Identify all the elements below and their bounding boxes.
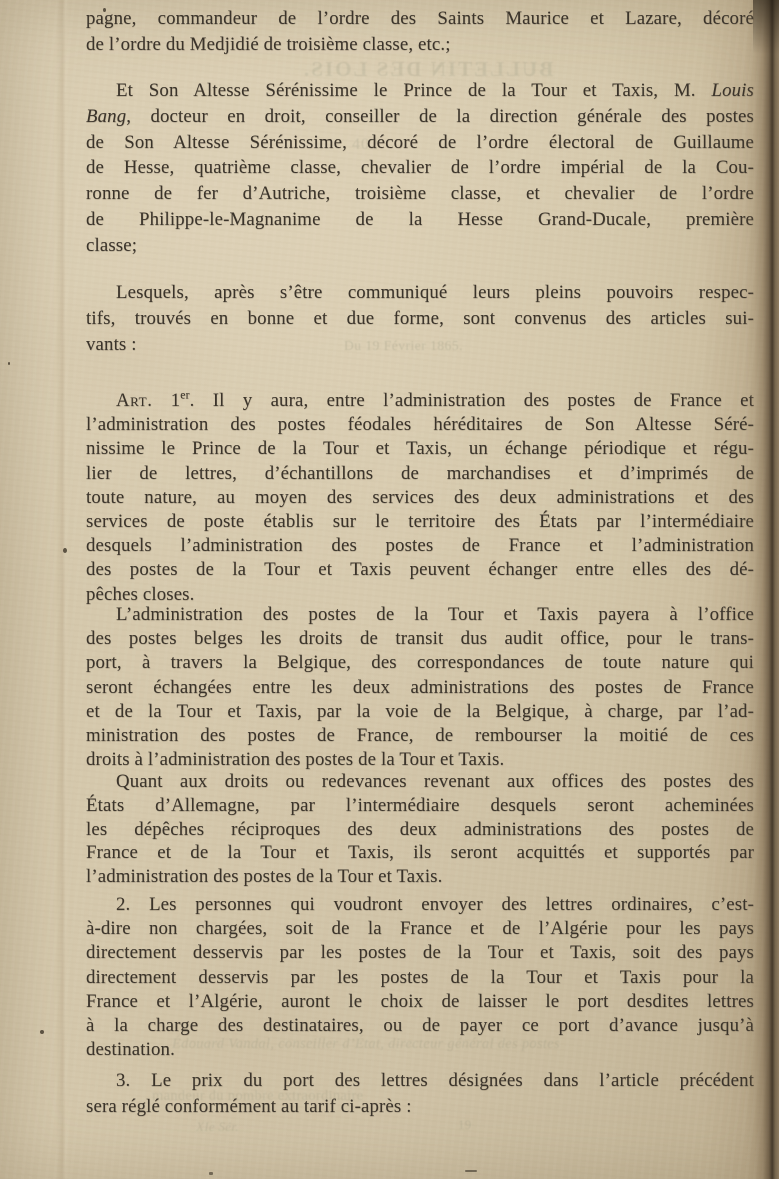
paper-crease — [56, 0, 70, 1179]
text-line: sera réglé conformément au tarif ci-aprè… — [86, 1094, 754, 1120]
ink-speck — [40, 1030, 44, 1034]
text-line: nissime le Prince de la Tour et Taxis, u… — [86, 437, 754, 461]
text-line: Lesquels, après s’être communiqué leurs … — [86, 280, 754, 306]
text-line: Bang, docteur en droit, conseiller de la… — [86, 104, 754, 130]
text-line: Et Son Altesse Sérénissime le Prince de … — [86, 78, 754, 104]
text-line: l’administration des postes féodales hér… — [86, 413, 754, 437]
text-segment-it: Louis — [711, 80, 754, 101]
text-line: de Philippe-le-Magnanime de la Hesse Gra… — [86, 207, 754, 233]
text-line: des postes de la Tour et Taxis peuvent é… — [86, 558, 754, 582]
text-line: de Hesse, quatrième classe, chevalier de… — [86, 155, 754, 181]
text-line: à-dire non chargées, soit de la France e… — [86, 917, 754, 941]
text-line: de l’ordre du Medjidié de troisième clas… — [86, 32, 754, 58]
text-line: 3. Le prix du port des lettres désignées… — [86, 1068, 754, 1094]
text-line: directement desservis par les postes de … — [86, 966, 754, 990]
paragraph-droits-allemagne: Quant aux droits ou redevances revenant … — [86, 770, 754, 889]
text-line: desquels l’administration des postes de … — [86, 534, 754, 558]
binding-edge-corner — [753, 0, 779, 60]
text-line: Art. 1er. Il y aura, entre l’administrat… — [86, 389, 754, 413]
ink-speck — [63, 548, 67, 553]
text-line: Quant aux droits ou redevances revenant … — [86, 770, 754, 794]
text-segment-sc: Art. — [116, 390, 153, 411]
paragraph-lesquels: Lesquels, après s’être communiqué leurs … — [86, 280, 754, 357]
text-line: France et de la Tour et Taxis, ils seron… — [86, 841, 754, 865]
text-line: droits à l’administration des postes de … — [86, 748, 754, 772]
text-line: les dépêches réciproques des deux admini… — [86, 818, 754, 842]
scanned-page: BULLETIN DES LOIS.402Du 19 Février 1865.… — [0, 0, 779, 1179]
text-line: toute nature, au moyen des services des … — [86, 486, 754, 510]
text-segment-sup: er — [180, 389, 189, 402]
ink-speck — [8, 362, 10, 365]
text-line: ronne de fer d’Autriche, troisième class… — [86, 181, 754, 207]
text-line: l’administration des postes de la Tour e… — [86, 865, 754, 889]
text-line: tifs, trouvés en bonne et due forme, son… — [86, 306, 754, 332]
paragraph-titles-continuation: pagne, commandeur de l’ordre des Saints … — [86, 6, 754, 58]
text-line: France et l’Algérie, auront le choix de … — [86, 990, 754, 1014]
text-line: à la charge des destinataires, ou de pay… — [86, 1014, 754, 1038]
text-line: 2. Les personnes qui voudront envoyer de… — [86, 893, 754, 917]
paragraph-article-1: Art. 1er. Il y aura, entre l’administrat… — [86, 389, 754, 607]
text-line: directement desservis par les postes de … — [86, 941, 754, 965]
text-line: classe; — [86, 233, 754, 259]
text-line: L’administration des postes de la Tour e… — [86, 603, 754, 627]
text-line: États d’Allemagne, par l’intermédiaire d… — [86, 794, 754, 818]
text-line: port, à travers la Belgique, des corresp… — [86, 651, 754, 675]
text-line: de Son Altesse Sérénissime, décoré de l’… — [86, 130, 754, 156]
text-line: pagne, commandeur de l’ordre des Saints … — [86, 6, 754, 32]
text-line: services de poste établis sur le territo… — [86, 510, 754, 534]
text-line: lier de lettres, d’échantillons de march… — [86, 462, 754, 486]
text-line: et de la Tour et Taxis, par la voie de l… — [86, 700, 754, 724]
paragraph-prince-tour-et-taxis: Et Son Altesse Sérénissime le Prince de … — [86, 78, 754, 259]
document-text: pagne, commandeur de l’ordre des Saints … — [86, 0, 754, 1179]
text-line: ministration des postes de France, de re… — [86, 724, 754, 748]
paragraph-transit-belge: L’administration des postes de la Tour e… — [86, 603, 754, 772]
text-segment-it: Bang — [86, 106, 126, 127]
text-line: des postes belges les droits de transit … — [86, 627, 754, 651]
paragraph-article-3: 3. Le prix du port des lettres désignées… — [86, 1068, 754, 1119]
paragraph-article-2: 2. Les personnes qui voudront envoyer de… — [86, 893, 754, 1062]
text-line: seront échangées entre les deux administ… — [86, 676, 754, 700]
text-line: destination. — [86, 1038, 754, 1062]
text-line: vants : — [86, 332, 754, 358]
